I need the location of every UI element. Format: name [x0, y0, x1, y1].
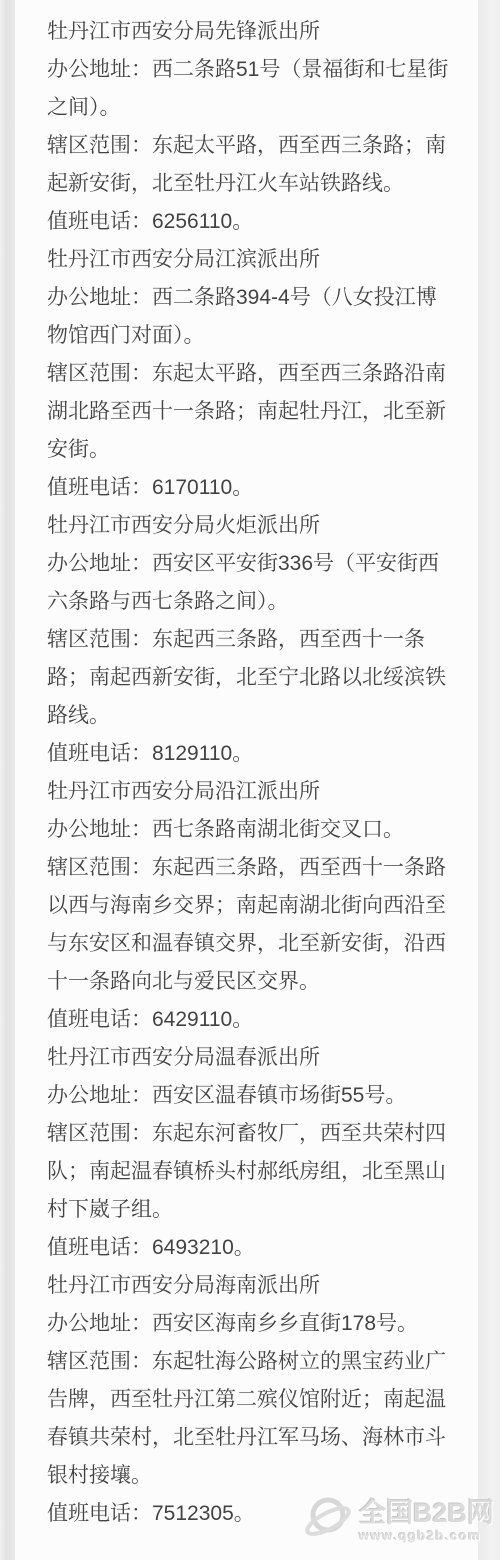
phone-value: 6493210。	[152, 1236, 255, 1259]
station-entry: 牡丹江市西安分局海南派出所 办公地址：西安区海南乡乡直街178号。 辖区范围：东…	[47, 1267, 457, 1533]
address-label: 办公地址：	[47, 286, 152, 309]
station-address: 办公地址：西安区温春镇市场街55号。	[47, 1077, 457, 1115]
station-jurisdiction: 辖区范围：东起太平路，西至西三条路沿南湖北路至西十一条路；南起牡丹江，北至新安街…	[47, 355, 457, 469]
station-name: 牡丹江市西安分局温春派出所	[47, 1039, 457, 1077]
station-phone: 值班电话：6429110。	[47, 1001, 457, 1039]
station-name: 牡丹江市西安分局海南派出所	[47, 1267, 457, 1305]
station-jurisdiction: 辖区范围：东起太平路，西至西三条路；南起新安街，北至牡丹江火车站铁路线。	[47, 127, 457, 203]
station-phone: 值班电话：8129110。	[47, 735, 457, 773]
jurisdiction-label: 辖区范围：	[47, 1350, 152, 1373]
address-label: 办公地址：	[47, 818, 152, 841]
phone-label: 值班电话：	[47, 1236, 152, 1259]
station-phone: 值班电话：6170110。	[47, 469, 457, 507]
station-entry: 牡丹江市西安分局火炬派出所 办公地址：西安区平安街336号（平安街西六条路与西七…	[47, 507, 457, 773]
station-phone: 值班电话：7512305。	[47, 1495, 457, 1533]
jurisdiction-label: 辖区范围：	[47, 628, 152, 651]
station-address: 办公地址：西安区平安街336号（平安街西六条路与西七条路之间）。	[47, 545, 457, 621]
station-name: 牡丹江市西安分局江滨派出所	[47, 241, 457, 279]
phone-value: 6170110。	[152, 476, 253, 499]
station-phone: 值班电话：6256110。	[47, 203, 457, 241]
station-entry: 牡丹江市西安分局沿江派出所 办公地址：西七条路南湖北街交叉口。 辖区范围：东起西…	[47, 773, 457, 1039]
address-value: 西安区温春镇市场街55号。	[152, 1084, 406, 1107]
phone-label: 值班电话：	[47, 1502, 152, 1525]
address-label: 办公地址：	[47, 552, 152, 575]
page-edge-left	[0, 0, 15, 1560]
station-jurisdiction: 辖区范围：东起西三条路，西至西十一条路以西与海南乡交界；南起南湖北街向西沿至与东…	[47, 849, 457, 1001]
phone-label: 值班电话：	[47, 742, 152, 765]
station-phone: 值班电话：6493210。	[47, 1229, 457, 1267]
phone-label: 值班电话：	[47, 210, 152, 233]
phone-label: 值班电话：	[47, 476, 152, 499]
station-name: 牡丹江市西安分局火炬派出所	[47, 507, 457, 545]
station-entry: 牡丹江市西安分局先锋派出所 办公地址：西二条路51号（景福街和七星街之间）。 辖…	[47, 13, 457, 241]
station-jurisdiction: 辖区范围：东起牡海公路树立的黑宝药业广告牌，西至牡丹江第二殡仪馆附近；南起温春镇…	[47, 1343, 457, 1495]
jurisdiction-label: 辖区范围：	[47, 1122, 152, 1145]
station-entry: 牡丹江市西安分局江滨派出所 办公地址：西二条路394-4号（八女投江博物馆西门对…	[47, 241, 457, 507]
station-address: 办公地址：西七条路南湖北街交叉口。	[47, 811, 457, 849]
station-jurisdiction: 辖区范围：东起东河畜牧厂，西至共荣村四队；南起温春镇桥头村郝纸房组，北至黑山村下…	[47, 1115, 457, 1229]
phone-value: 6429110。	[152, 1008, 253, 1031]
station-name: 牡丹江市西安分局先锋派出所	[47, 13, 457, 51]
phone-value: 7512305。	[152, 1502, 255, 1525]
jurisdiction-label: 辖区范围：	[47, 362, 152, 385]
phone-label: 值班电话：	[47, 1008, 152, 1031]
address-label: 办公地址：	[47, 58, 152, 81]
station-address: 办公地址：西二条路51号（景福街和七星街之间）。	[47, 51, 457, 127]
station-name: 牡丹江市西安分局沿江派出所	[47, 773, 457, 811]
address-value: 西安区海南乡乡直街178号。	[152, 1312, 418, 1335]
station-address: 办公地址：西二条路394-4号（八女投江博物馆西门对面）。	[47, 279, 457, 355]
station-entry: 牡丹江市西安分局温春派出所 办公地址：西安区温春镇市场街55号。 辖区范围：东起…	[47, 1039, 457, 1267]
station-address: 办公地址：西安区海南乡乡直街178号。	[47, 1305, 457, 1343]
page-edge-right	[478, 0, 500, 1560]
phone-value: 6256110。	[152, 210, 253, 233]
phone-value: 8129110。	[152, 742, 253, 765]
jurisdiction-label: 辖区范围：	[47, 134, 152, 157]
address-label: 办公地址：	[47, 1312, 152, 1335]
address-label: 办公地址：	[47, 1084, 152, 1107]
jurisdiction-label: 辖区范围：	[47, 856, 152, 879]
address-value: 西七条路南湖北街交叉口。	[152, 818, 404, 841]
article-content: 牡丹江市西安分局先锋派出所 办公地址：西二条路51号（景福街和七星街之间）。 辖…	[15, 0, 478, 1560]
station-jurisdiction: 辖区范围：东起西三条路，西至西十一条路；南起西新安街，北至宁北路以北绥滨铁路线。	[47, 621, 457, 735]
